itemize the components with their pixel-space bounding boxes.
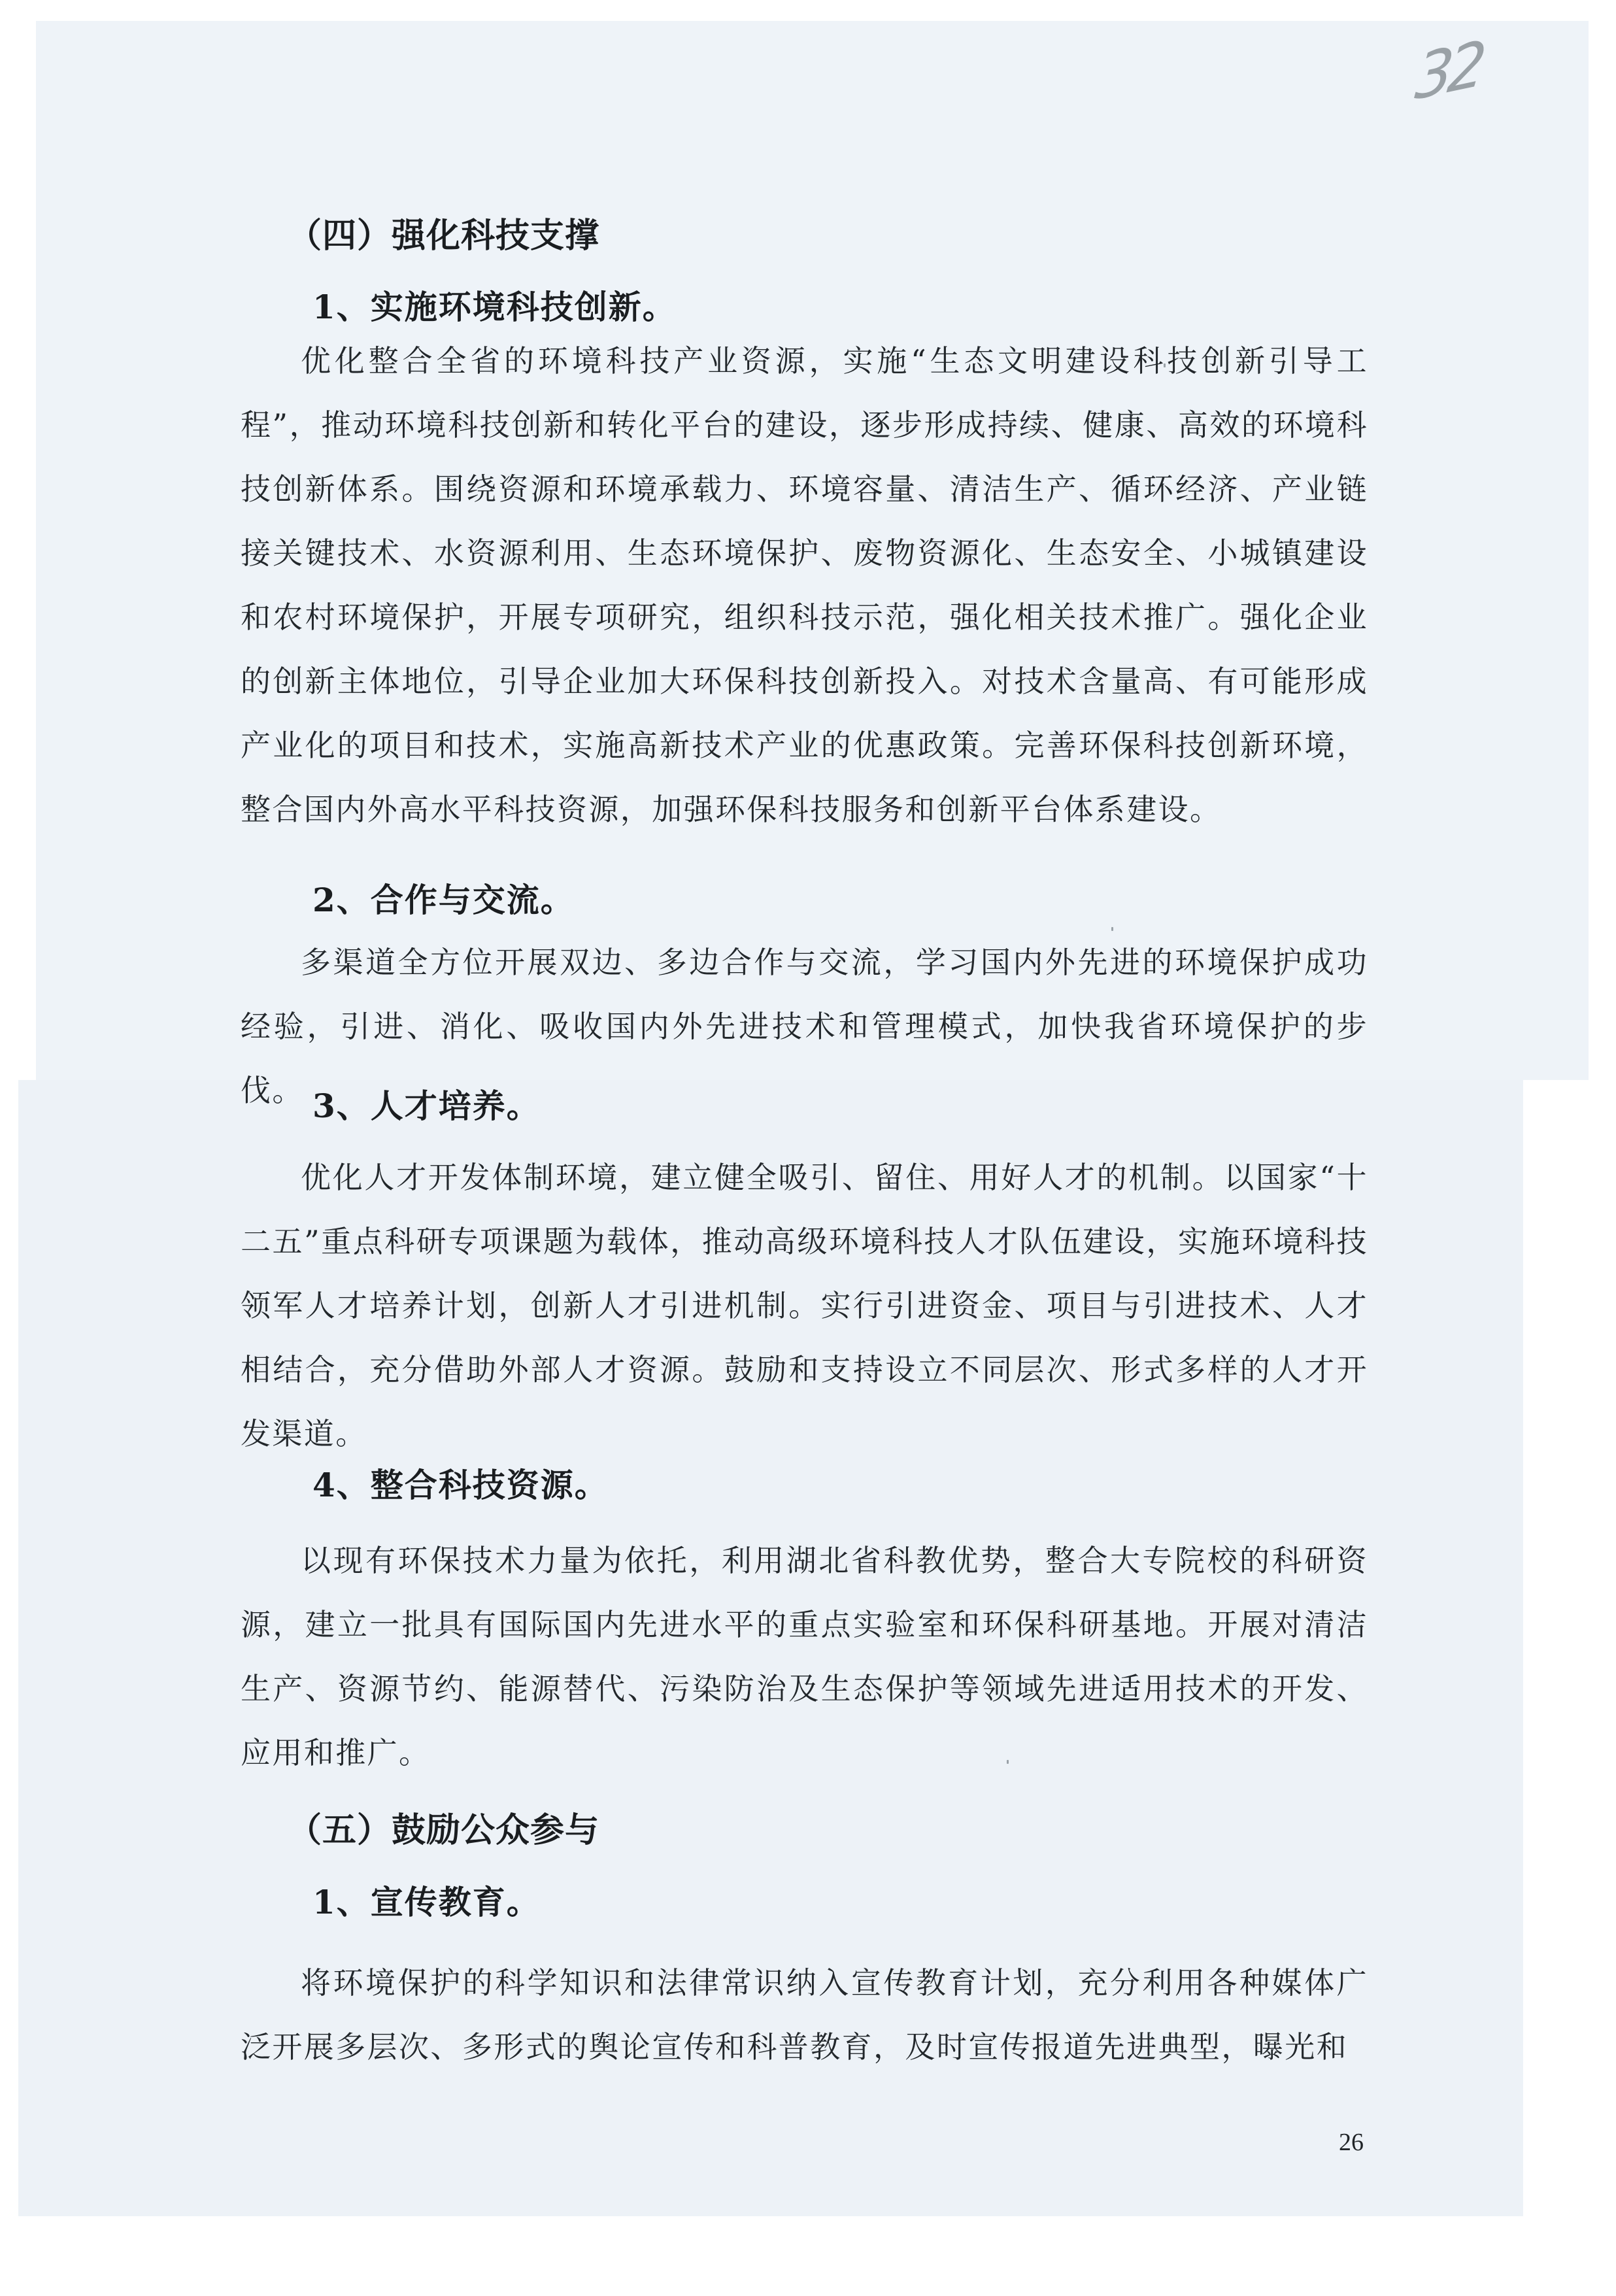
- handwritten-page-mark: 32: [1412, 27, 1485, 114]
- section-heading-strengthen-tech-support: （四）强化科技支撑: [288, 208, 599, 257]
- section-heading-encourage-public-participation: （五）鼓励公众参与: [288, 1802, 599, 1851]
- document-page: 32 （四）强化科技支撑 1、实施环境科技创新。 优化整合全省的环境科技产业资源…: [0, 0, 1616, 2296]
- subsection-heading-cooperation-exchange: 2、合作与交流。: [312, 874, 575, 921]
- paragraph-env-tech-innovation: 优化整合全省的环境科技产业资源，实施“生态文明建设科技创新引导工程”，推动环境科…: [241, 329, 1368, 841]
- subsection-heading-env-tech-innovation: 1、实施环境科技创新。: [312, 281, 677, 328]
- subsection-heading-integrate-tech-resources: 4、整合科技资源。: [312, 1459, 609, 1506]
- subsection-heading-publicity-education: 1、宣传教育。: [312, 1876, 541, 1923]
- paragraph-talent-training: 优化人才开发体制环境，建立健全吸引、留住、用好人才的机制。以国家“十二五”重点科…: [241, 1145, 1368, 1466]
- scan-speck: [1111, 927, 1113, 931]
- scan-speck: [1164, 363, 1166, 367]
- subsection-heading-talent-training: 3、人才培养。: [312, 1080, 541, 1127]
- paragraph-integrate-tech-resources: 以现有环保技术力量为依托，利用湖北省科教优势，整合大专院校的科研资源，建立一批具…: [241, 1528, 1368, 1785]
- scan-speck: [1007, 1760, 1009, 1764]
- page-number: 26: [1339, 2128, 1364, 2157]
- paragraph-publicity-education: 将环境保护的科学知识和法律常识纳入宣传教育计划，充分利用各种媒体广泛开展多层次、…: [241, 1951, 1368, 2079]
